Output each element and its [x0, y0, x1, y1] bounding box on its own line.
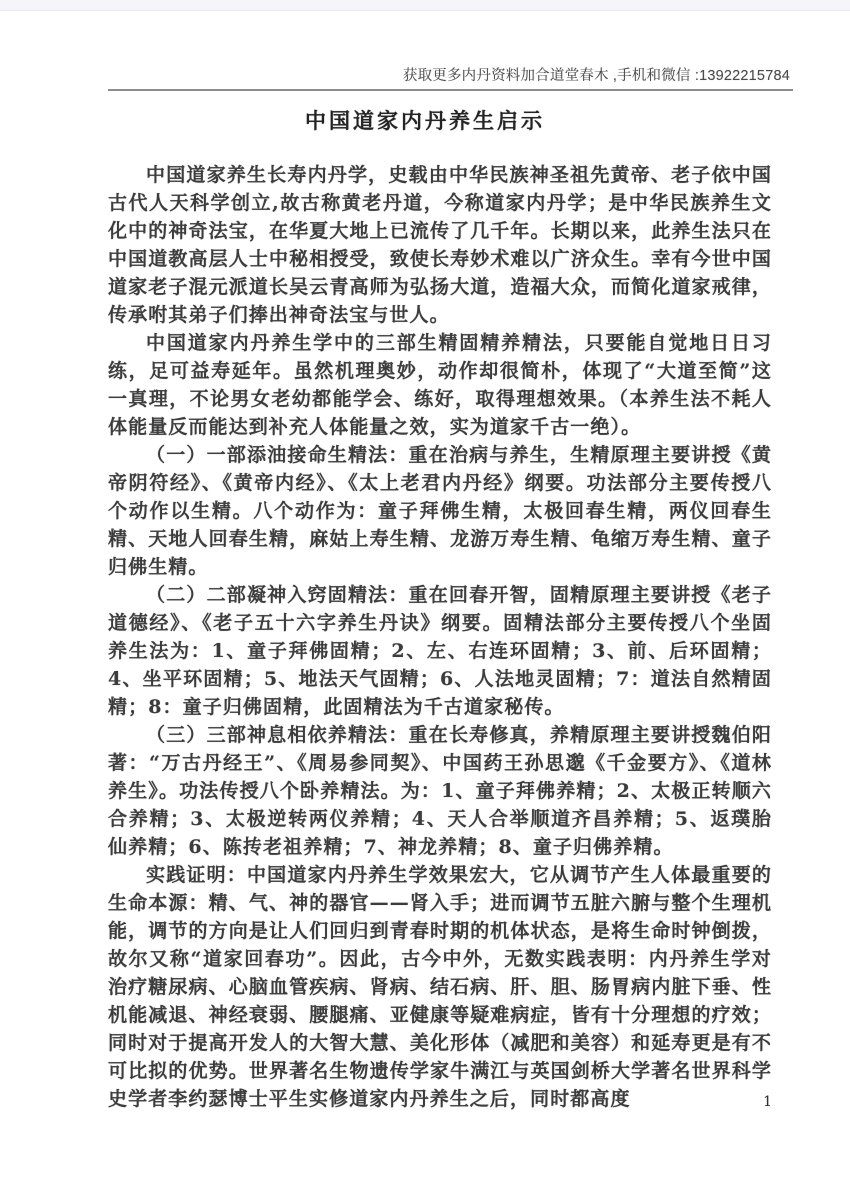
- paragraph-intro: 中国道家养生长寿内丹学，史载由中华民族神圣祖先黄帝、老子依中国古代人天科学创立,…: [108, 161, 772, 329]
- paragraph-practice-proof: 实践证明：中国道家内丹养生学效果宏大，它从调节产生人体最重要的生命本源：精、气、…: [108, 861, 772, 1113]
- document-body: 中国道家养生长寿内丹学，史载由中华民族神圣祖先黄帝、老子依中国古代人天科学创立,…: [108, 161, 772, 1113]
- paragraph-section-two: （二）二部凝神入窍固精法：重在回春开智，固精原理主要讲授《老子道德经》、《老子五…: [108, 581, 772, 721]
- paragraph-overview: 中国道家内丹养生学中的三部生精固精养精法，只要能自觉地日日习练，足可益寿延年。虽…: [108, 329, 772, 441]
- paragraph-section-three: （三）三部神息相依养精法：重在长寿修真，养精原理主要讲授魏伯阳著：“万古丹经王”…: [108, 721, 772, 861]
- document-page: 获取更多内丹资料加合道堂春木 ,手机和微信 :13922215784 中国道家内…: [0, 0, 850, 1188]
- viewer-top-strip: [0, 0, 850, 11]
- page-number: 1: [108, 1094, 772, 1110]
- paragraph-section-one: （一）一部添油接命生精法：重在治病与养生，生精原理主要讲授《黄帝阴符经》、《黄帝…: [108, 441, 772, 581]
- document-title: 中国道家内丹养生启示: [0, 105, 850, 135]
- header-rule: [108, 89, 793, 91]
- header-contact-line: 获取更多内丹资料加合道堂春木 ,手机和微信 :13922215784: [108, 64, 790, 85]
